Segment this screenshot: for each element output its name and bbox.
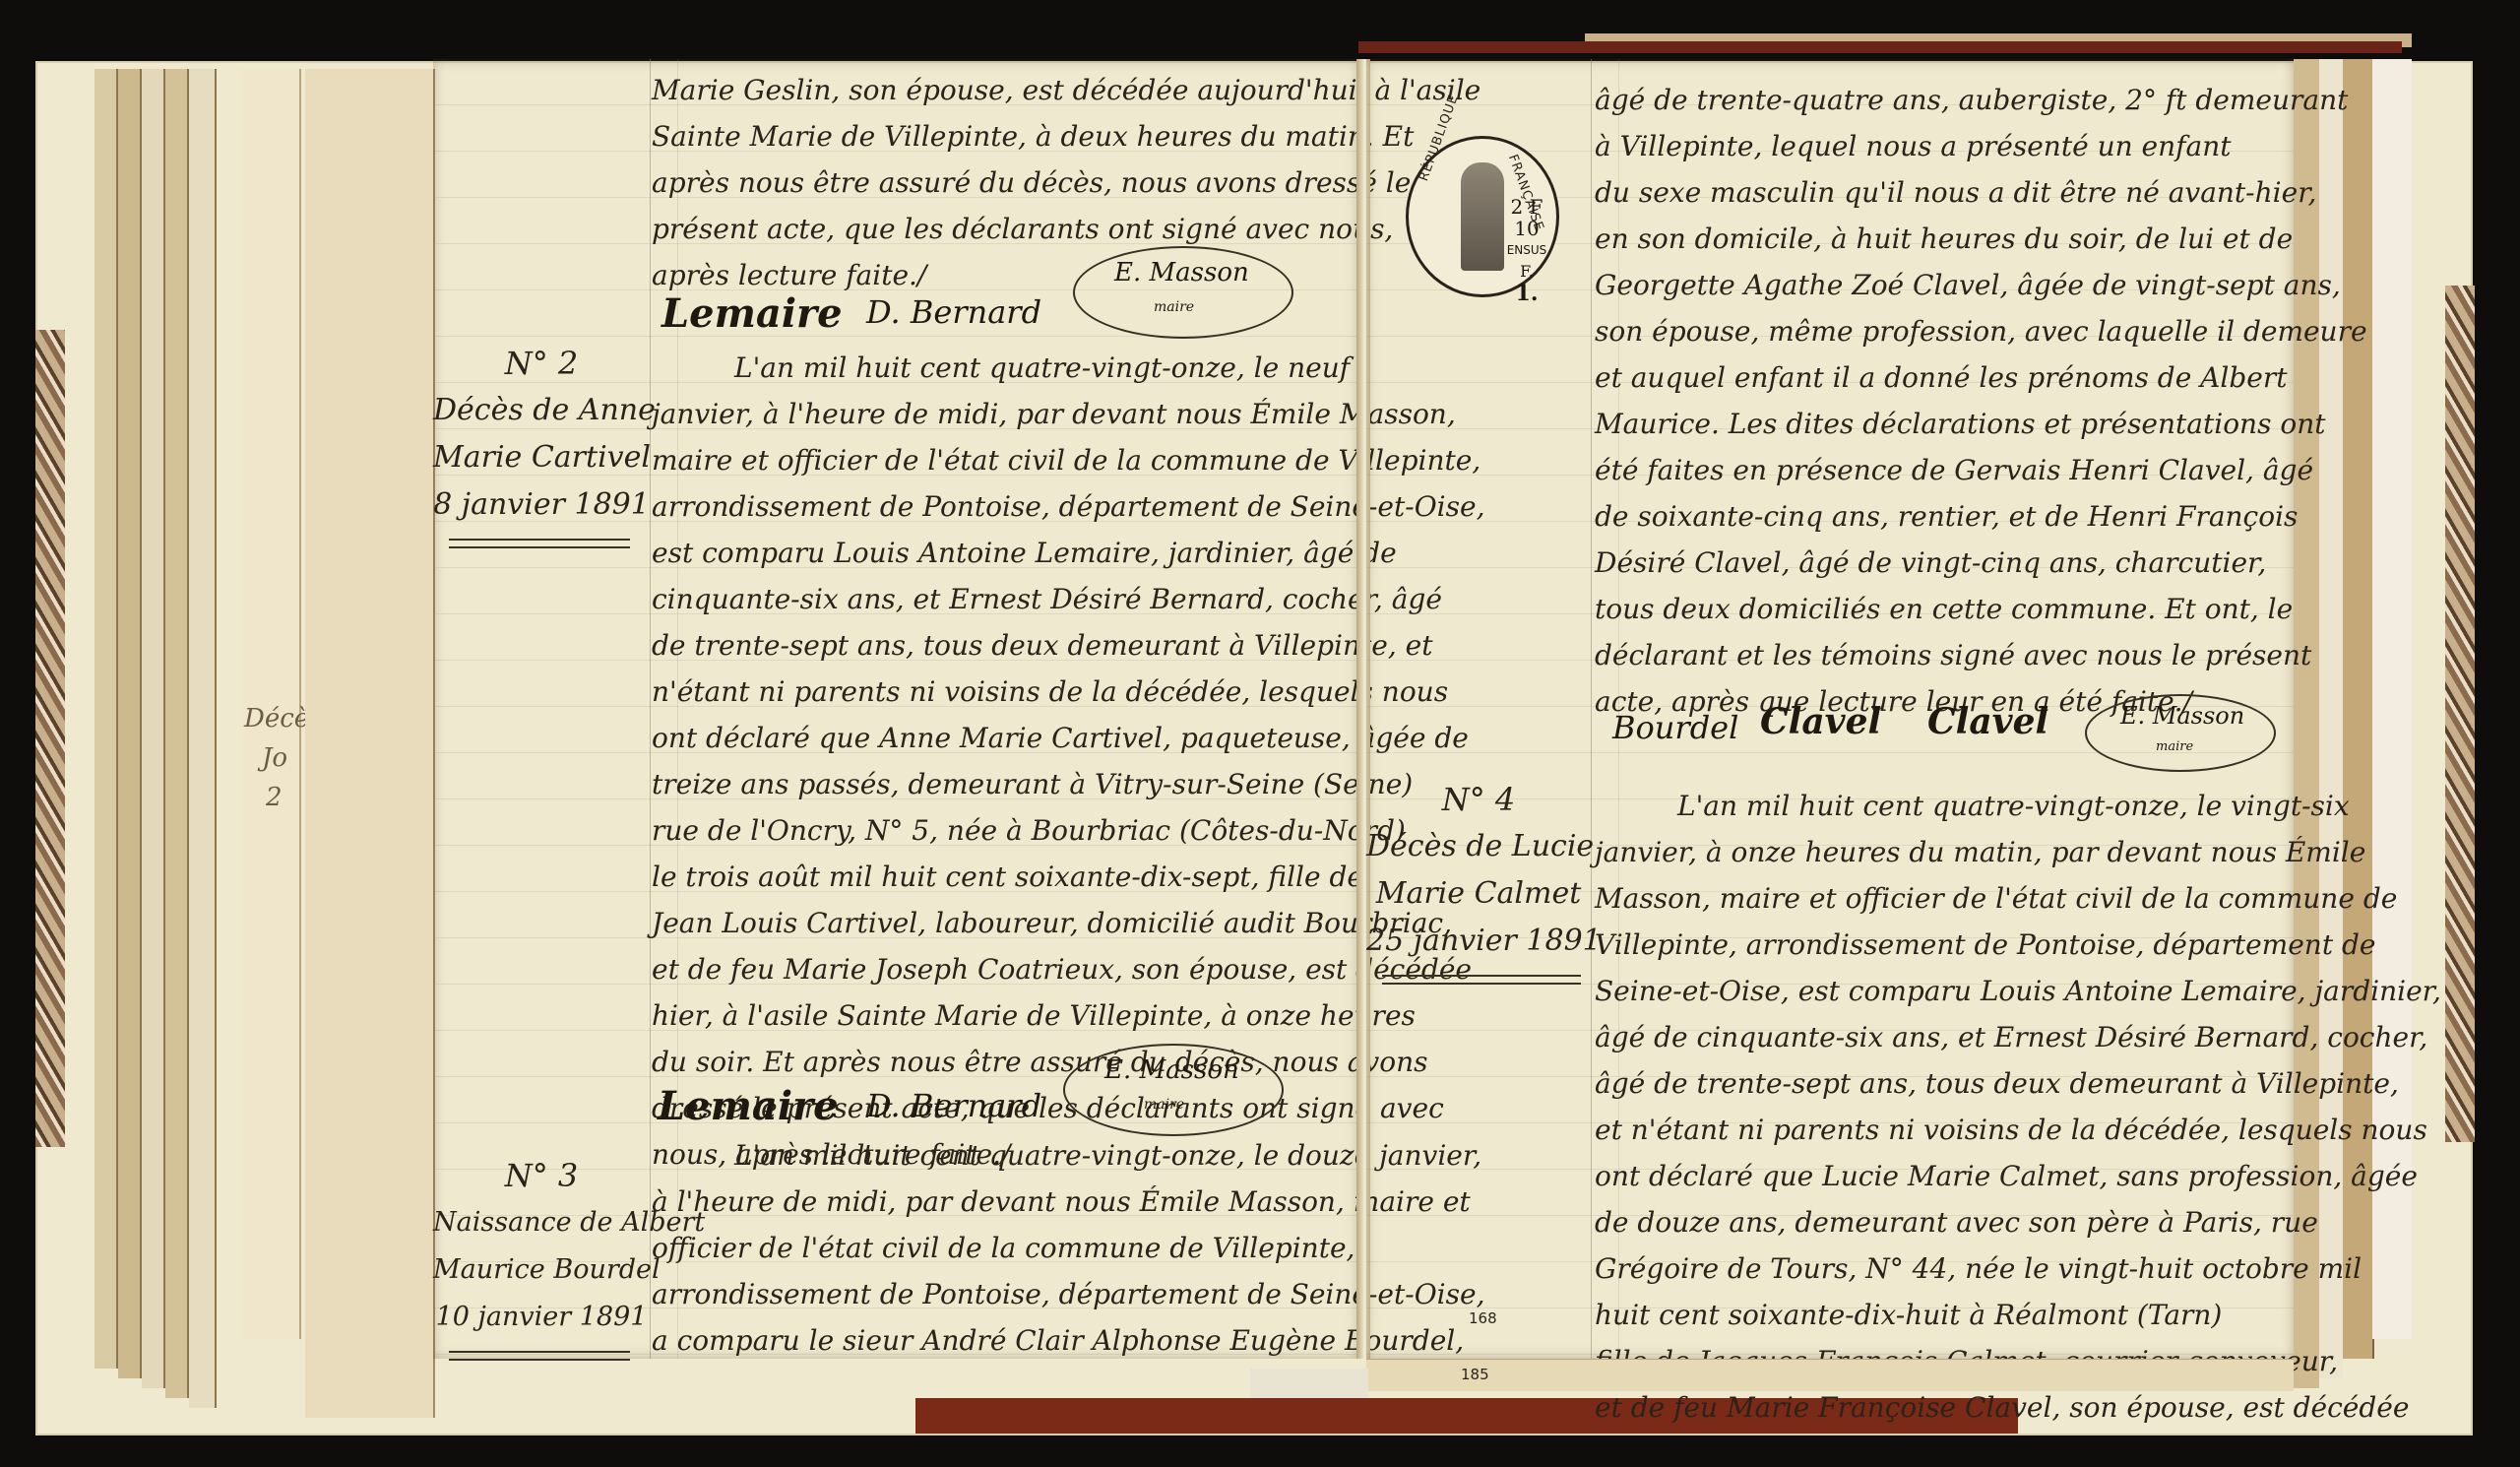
verso-fragment-line: Jo — [244, 738, 309, 778]
signature-maire-label: maire — [1144, 1097, 1184, 1113]
stamp-value: 2 F 10 ENSUS F. 1. — [1497, 196, 1556, 304]
spine-bottom-strip — [1250, 1369, 1368, 1398]
page-edge — [165, 69, 189, 1398]
entry-title: Maurice Bourdel — [433, 1246, 650, 1294]
signature-bourdel: Bourdel — [1612, 709, 1738, 746]
verso-fragment-line: 2 — [244, 778, 309, 817]
signature-clavel: Clavel — [1927, 701, 2048, 742]
text-line: huit cent soixante-dix-huit à Réalmont (… — [1595, 1292, 2441, 1338]
signature-masson: E. Masson — [1114, 258, 1249, 287]
entry-divider — [449, 1351, 630, 1361]
text-line: du sexe masculin qu'il nous a dit être n… — [1595, 169, 2367, 216]
text-line: de douze ans, demeurant avec son père à … — [1595, 1199, 2441, 1245]
bottom-page-edge: 185 — [1366, 1359, 2294, 1391]
text-line: Grégoire de Tours, N° 44, née le vingt-h… — [1595, 1245, 2441, 1292]
entry-title: Naissance de Albert — [433, 1199, 650, 1246]
text-line: son épouse, même profession, avec laquel… — [1595, 308, 2367, 354]
entry-divider — [1382, 975, 1581, 985]
text-line: été faites en présence de Gervais Henri … — [1595, 447, 2367, 493]
entry-margin-no2: N° 2 Décès de Anne Marie Cartivel 8 janv… — [433, 340, 650, 548]
mayor-signature-flourish: E. Masson maire — [1063, 1044, 1284, 1136]
stamp-value-line: 2 F 10 — [1497, 196, 1556, 239]
signature-lemaire: Lemaire — [661, 290, 843, 337]
verso-fragment-line: Décè — [244, 699, 309, 738]
text-line: et n'étant ni parents ni voisins de la d… — [1595, 1107, 2441, 1153]
signature-masson: E. Masson — [2120, 702, 2244, 730]
entry-title: Marie Calmet — [1366, 870, 1591, 918]
entry-number: N° 4 — [1366, 776, 1591, 823]
mayor-signature-flourish: E. Masson maire — [1073, 246, 1293, 339]
page-edge — [94, 69, 118, 1369]
page-edge — [142, 69, 165, 1388]
marbled-endpaper-right — [2445, 286, 2475, 1142]
entry-date: 10 janvier 1891 — [433, 1294, 650, 1341]
entry-body-no4: L'an mil huit cent quatre-vingt-onze, le… — [1595, 783, 2441, 1431]
entry-title: Décès de Lucie — [1366, 823, 1591, 870]
text-line: âgé de cinquante-six ans, et Ernest Dési… — [1595, 1014, 2441, 1060]
text-line: Villepinte, arrondissement de Pontoise, … — [1595, 922, 2441, 968]
text-line: en son domicile, à huit heures du soir, … — [1595, 216, 2367, 262]
signature-lemaire: Lemaire — [658, 1083, 839, 1129]
signature-clavel: Clavel — [1760, 701, 1881, 742]
text-line: ont déclaré que Lucie Marie Calmet, sans… — [1595, 1153, 2441, 1199]
stamp-value-line: 1. — [1497, 283, 1556, 304]
entry-number: N° 3 — [433, 1152, 650, 1199]
folio-number: 168 — [1469, 1309, 1497, 1327]
verso-fragment: Décè Jo 2 — [244, 699, 309, 817]
book-edge-number: 185 — [1461, 1366, 1489, 1383]
text-line: L'an mil huit cent quatre-vingt-onze, le… — [1595, 783, 2441, 829]
text-line: tous deux domiciliés en cette commune. E… — [1595, 586, 2367, 632]
text-line: âgé de trente-sept ans, tous deux demeur… — [1595, 1060, 2441, 1107]
page-edge — [305, 69, 435, 1418]
signature-maire-label: maire — [2156, 739, 2193, 754]
text-line: et auquel enfant il a donné les prénoms … — [1595, 354, 2367, 401]
entry-date: 8 janvier 1891 — [433, 481, 650, 529]
left-page: Marie Geslin, son épouse, est décédée au… — [433, 59, 1358, 1359]
text-line: déclarant et les témoins signé avec nous… — [1595, 632, 2367, 678]
entry-margin-no3: N° 3 Naissance de Albert Maurice Bourdel… — [433, 1152, 650, 1361]
text-line: Désiré Clavel, âgé de vingt-cinq ans, ch… — [1595, 540, 2367, 586]
text-line: et de feu Marie Françoise Clavel, son ép… — [1595, 1384, 2441, 1431]
entry-date: 25 janvier 1891 — [1366, 918, 1591, 965]
entry-divider — [449, 539, 630, 548]
margin-rule — [650, 59, 651, 1359]
entry-title: Marie Cartivel — [433, 434, 650, 481]
text-line: janvier, à onze heures du matin, par dev… — [1595, 829, 2441, 875]
signature-maire-label: maire — [1154, 299, 1194, 315]
stamp-value-line: F. — [1497, 261, 1556, 283]
text-line: Masson, maire et officier de l'état civi… — [1595, 875, 2441, 922]
marbled-endpaper-left — [35, 330, 65, 1147]
signature-bernard: D. Bernard — [866, 1087, 1041, 1124]
signature-bernard: D. Bernard — [866, 293, 1041, 331]
fiscal-stamp: RÉPUBLIQUE FRANÇAISE 2 F 10 ENSUS F. 1. — [1406, 136, 1559, 297]
signature-masson: E. Masson — [1104, 1055, 1239, 1085]
text-line: âgé de trente-quatre ans, aubergiste, 2°… — [1595, 77, 2367, 123]
text-line: Maurice. Les dites déclarations et prése… — [1595, 401, 2367, 447]
spine-top — [1358, 41, 2402, 53]
text-line: Georgette Agathe Zoé Clavel, âgée de vin… — [1595, 262, 2367, 308]
text-line: de soixante-cinq ans, rentier, et de Hen… — [1595, 493, 2367, 540]
page-edge — [118, 69, 142, 1378]
stamp-value-line: ENSUS — [1497, 239, 1556, 261]
page-edge — [189, 69, 217, 1408]
entry-title: Décès de Anne — [433, 387, 650, 434]
text-line: à Villepinte, lequel nous a présenté un … — [1595, 123, 2367, 169]
margin-rule — [1591, 59, 1592, 1359]
entry-margin-no4: N° 4 Décès de Lucie Marie Calmet 25 janv… — [1366, 776, 1591, 985]
text-line: Seine-et-Oise, est comparu Louis Antoine… — [1595, 968, 2441, 1014]
right-continuation-text: âgé de trente-quatre ans, aubergiste, 2°… — [1595, 77, 2367, 725]
mayor-signature-flourish: E. Masson maire — [2085, 694, 2276, 772]
entry-number: N° 2 — [433, 340, 650, 387]
page-edge: Décè Jo 2 — [240, 69, 301, 1339]
